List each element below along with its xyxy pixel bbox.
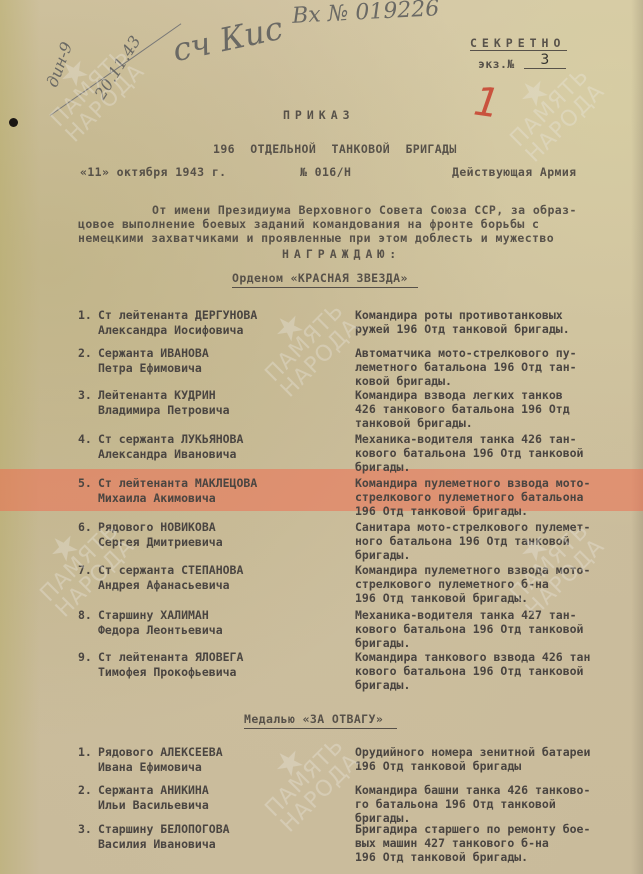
item-number: 2. bbox=[78, 346, 98, 361]
recipient-given-names: Ильи Васильевича bbox=[78, 798, 209, 813]
unit-name: 196 ОТДЕЛЬНОЙ ТАНКОВОЙ БРИГАДЫ bbox=[213, 142, 457, 156]
page-shadow bbox=[631, 0, 643, 874]
secret-stamp: СЕКРЕТНО bbox=[470, 36, 567, 51]
item-number: 2. bbox=[78, 783, 98, 798]
award-verdict: НАГРАЖДАЮ: bbox=[282, 247, 401, 261]
recipient-position: Механика-водителя танка 427 тан- кового … bbox=[355, 608, 583, 650]
recipient-rank-surname: Ст сержанта ЛУКЬЯНОВА bbox=[98, 432, 243, 446]
recipient-rank-surname: Сержанта ИВАНОВА bbox=[98, 346, 209, 360]
recipient-position: Командира танкового взвода 426 тан ковог… bbox=[355, 650, 590, 692]
recipient-position: Командира роты противотанковых ружей 196… bbox=[355, 308, 570, 336]
recipient-given-names: Александра Иосифовича bbox=[78, 323, 257, 338]
recipient-position: Орудийного номера зенитной батареи 196 О… bbox=[355, 745, 590, 773]
award-recipient: 8.Старшину ХАЛИМАНФедора Леонтьевича bbox=[78, 608, 223, 638]
preamble-line-2: цовое выполнение боевых заданий командов… bbox=[78, 217, 539, 231]
recipient-rank-surname: Старшину БЕЛОПОГОВА bbox=[98, 822, 230, 836]
award-recipient: 1.Рядового АЛЕКСЕЕВАИвана Ефимовича bbox=[78, 745, 223, 775]
item-number: 3. bbox=[78, 388, 98, 403]
award-recipient: 9.Ст лейтенанта ЯЛОВЕГАТимофея Прокофьев… bbox=[78, 650, 243, 680]
recipient-rank-surname: Ст лейтенанта МАКЛЕЦОВА bbox=[98, 476, 257, 490]
award-recipient: 5.Ст лейтенанта МАКЛЕЦОВАМихаила Акимови… bbox=[78, 476, 257, 506]
recipient-given-names: Александра Ивановича bbox=[78, 447, 243, 462]
award-recipient: 2.Сержанта ИВАНОВАПетра Ефимовича bbox=[78, 346, 209, 376]
recipient-rank-surname: Лейтенанта КУДРИН bbox=[98, 388, 216, 402]
recipient-position: Бригадира старшего по ремонту бое- вых м… bbox=[355, 822, 590, 864]
recipient-given-names: Тимофея Прокофьевича bbox=[78, 665, 243, 680]
recipient-given-names: Владимира Петровича bbox=[78, 403, 230, 418]
preamble-line-3: немецкими захватчиками и проявленные при… bbox=[78, 231, 554, 245]
recipient-rank-surname: Сержанта АНИКИНА bbox=[98, 783, 209, 797]
award-recipient: 3.Старшину БЕЛОПОГОВАВасилия Ивановича bbox=[78, 822, 230, 852]
recipient-given-names: Федора Леонтьевича bbox=[78, 623, 223, 638]
recipient-given-names: Петра Ефимовича bbox=[78, 361, 209, 376]
award-recipient: 1.Ст лейтенанта ДЕРГУНОВААлександра Иоси… bbox=[78, 308, 257, 338]
item-number: 9. bbox=[78, 650, 98, 665]
order-number: № 016/Н bbox=[300, 165, 351, 179]
order-date: «11» октября 1943 г. bbox=[80, 165, 226, 179]
recipient-position: Автоматчика мото-стрелкового пу- леметно… bbox=[355, 346, 577, 388]
section-title-red-star: Орденом «КРАСНАЯ ЗВЕЗДА» bbox=[232, 271, 418, 288]
recipient-rank-surname: Старшину ХАЛИМАН bbox=[98, 608, 209, 622]
item-number: 3. bbox=[78, 822, 98, 837]
recipient-rank-surname: Рядового АЛЕКСЕЕВА bbox=[98, 745, 223, 759]
award-recipient: 3.Лейтенанта КУДРИНВладимира Петровича bbox=[78, 388, 230, 418]
item-number: 4. bbox=[78, 432, 98, 447]
item-number: 1. bbox=[78, 308, 98, 323]
recipient-given-names: Михаила Акимовича bbox=[78, 491, 257, 506]
award-recipient: 4.Ст сержанта ЛУКЬЯНОВААлександра Иванов… bbox=[78, 432, 243, 462]
aged-edge bbox=[0, 0, 40, 874]
punch-hole bbox=[9, 118, 18, 127]
recipient-position: Командира башни танка 426 танково- го ба… bbox=[355, 783, 590, 825]
item-number: 5. bbox=[78, 476, 98, 491]
preamble-line-1: От имени Президиума Верховного Совета Со… bbox=[152, 203, 577, 217]
recipient-given-names: Василия Ивановича bbox=[78, 837, 230, 852]
recipient-position: Командира взвода легких танков 426 танко… bbox=[355, 388, 570, 430]
copy-label: экз.№ bbox=[478, 57, 515, 71]
recipient-given-names: Ивана Ефимовича bbox=[78, 760, 223, 775]
document-title: ПРИКАЗ bbox=[283, 108, 355, 122]
recipient-rank-surname: Ст лейтенанта ЯЛОВЕГА bbox=[98, 650, 243, 664]
recipient-rank-surname: Ст лейтенанта ДЕРГУНОВА bbox=[98, 308, 257, 322]
award-recipient: 2.Сержанта АНИКИНАИльи Васильевича bbox=[78, 783, 209, 813]
recipient-position: Механика-водителя танка 426 тан- кового … bbox=[355, 432, 583, 474]
item-number: 1. bbox=[78, 745, 98, 760]
location: Действующая Армия bbox=[452, 165, 577, 179]
